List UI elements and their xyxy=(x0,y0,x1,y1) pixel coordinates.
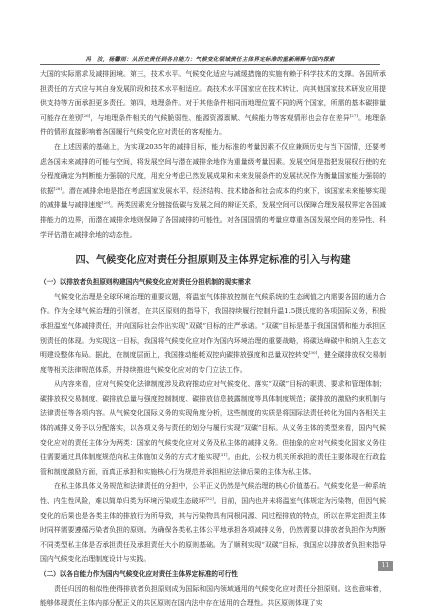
paragraph-global-governance: 气候变化治理是全球环境治理的重要议题，将温室气体排放控制在气候系统的生态阈值之内… xyxy=(40,290,386,378)
paragraph-legal-system-content: 从内容来看，应对气候变化法律制度涉及政府推动应对气候变化、落实“双碳”目标的职责… xyxy=(40,377,386,479)
citation-ref: [28] xyxy=(54,186,62,191)
paragraph-fairness-justice: 在私主体具体义务规范和法律责任的分担中，公平正义仍然是气候治理的核心价值基石。气… xyxy=(40,479,386,567)
subsection-title-1: （一）以排放者负担原则构建国内气候变化应对责任分担机制的现实需求 xyxy=(40,275,386,290)
citation-ref: [32] xyxy=(205,496,213,501)
paragraph-technology-geography: 大国的实际需求及减排困境。第三，技术水平。气候变化适应与减缓措施的实施有赖于科学… xyxy=(40,67,386,140)
paragraph-attribution-similarity: 责任归因的相似性使得排放者负担原则成为国际和国内领域通用的气候变化应对责任分担原… xyxy=(40,582,386,607)
page-number: 11 xyxy=(378,561,393,571)
section-title: 四、气候变化应对责任分担原则及主体界定标准的引入与构建 xyxy=(40,253,386,267)
citation-ref: [27] xyxy=(350,113,358,118)
running-head: 冯 汝，杨馨雨：从历史责任到各自能力：气候变化领域责任主体界定标准的重新阐释与国… xyxy=(40,55,380,63)
article-body: 大国的实际需求及减排困境。第三，技术水平。气候变化适应与减缓措施的实施有赖于科学… xyxy=(40,67,386,607)
header-rule xyxy=(40,64,380,65)
subsection-title-2: （二）以各自能力作为国内气候变化应对责任主体界定标准的可行性 xyxy=(40,567,386,582)
paragraph-development-space: 在上述因素的基础上，为实现2035年的减排目标，能力标准的考量因素不仅应兼顾历史… xyxy=(40,140,386,242)
citation-ref: [30] xyxy=(309,350,317,355)
